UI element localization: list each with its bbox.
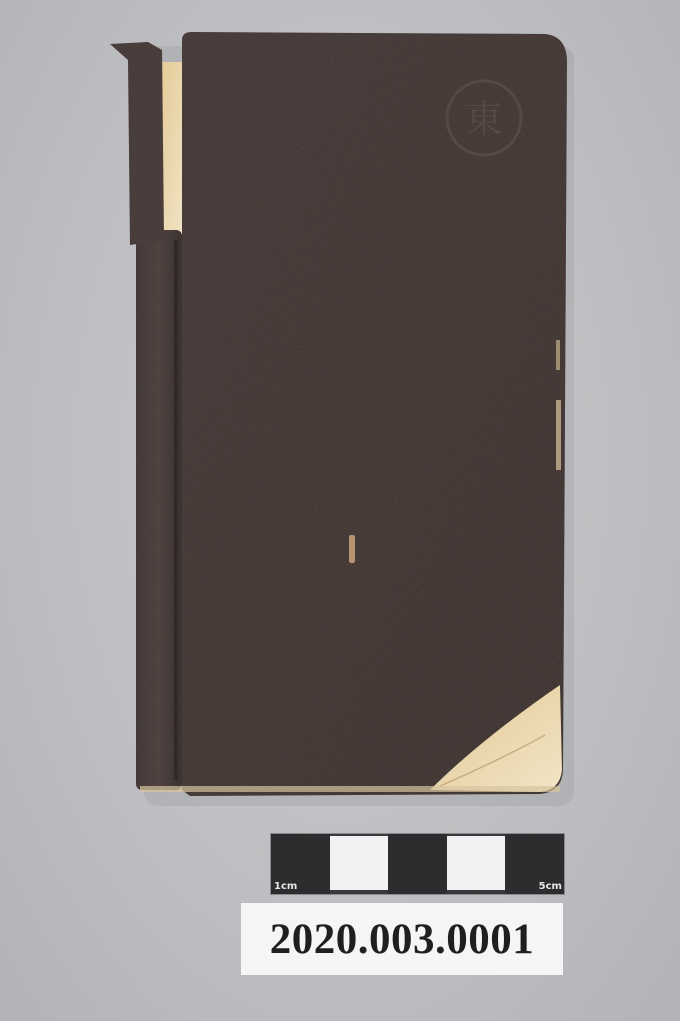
scale-segment: 5cm [505,834,564,894]
scale-segment [388,834,447,894]
torn-spine-flap [110,42,164,245]
scale-left-label: 1cm [274,881,297,892]
book-spine [136,230,182,790]
scale-right-label: 5cm [539,881,562,892]
scale-bar: 1cm 5cm [270,833,565,895]
emblem-glyph: 東 [465,97,503,141]
catalog-number: 2020.003.0001 [270,915,535,964]
scale-segment: 1cm [271,834,330,894]
scale-segment [330,836,389,890]
catalog-label: 2020.003.0001 [241,903,563,975]
scale-segment [447,836,506,890]
